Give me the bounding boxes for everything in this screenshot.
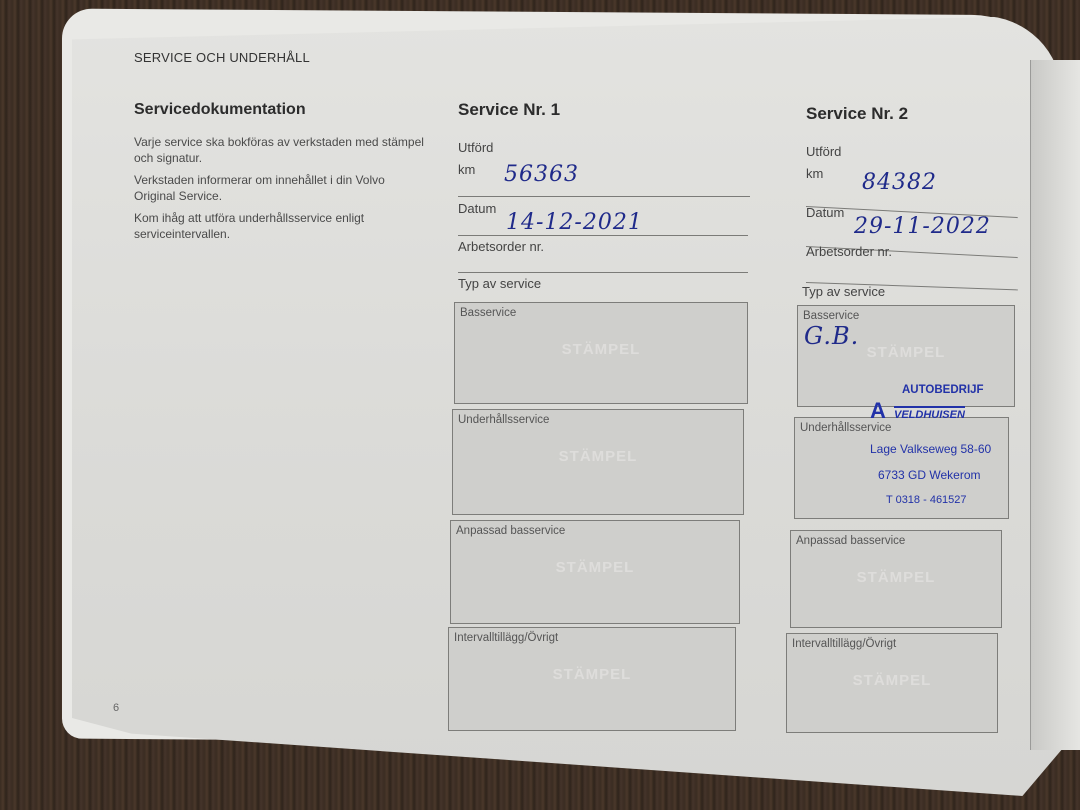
stamp-name: VELDHUISEN: [894, 406, 965, 421]
performed-label: Utförd: [458, 140, 493, 155]
service-2: Service Nr. 2 Utförd km 84382 Datum 29-1…: [806, 104, 1018, 124]
box-label: Anpassad basservice: [796, 535, 905, 547]
stamp-line1: AUTOBEDRIJF: [902, 384, 984, 396]
km-value[interactable]: 84382: [862, 170, 937, 195]
date-value[interactable]: 29-11-2022: [854, 214, 991, 239]
intro-paragraph: Kom ihåg att utföra underhållsservice en…: [134, 210, 424, 242]
box-label: Intervalltillägg/Övrigt: [454, 632, 558, 644]
stamp-watermark: STÄMPEL: [453, 448, 743, 465]
date-label: Datum: [458, 201, 496, 216]
service-title: Service Nr. 2: [806, 104, 1018, 124]
stamp-watermark: STÄMPEL: [455, 341, 747, 358]
box-label: Basservice: [460, 307, 516, 319]
intro-paragraph: Varje service ska bokföras av verkstaden…: [134, 134, 424, 166]
service-title: Service Nr. 1: [458, 100, 750, 120]
stamp-watermark: STÄMPEL: [798, 344, 1014, 361]
dealer-stamp: AUTOBEDRIJF A VELDHUISEN Lage Valkseweg …: [868, 384, 1018, 514]
km-value[interactable]: 56363: [504, 162, 579, 187]
km-label: km: [458, 162, 475, 177]
box-label: Underhållsservice: [458, 414, 549, 426]
stamp-phone: T 0318 - 461527: [886, 494, 967, 506]
service-1: Service Nr. 1 Utförd km 56363 Datum 14-1…: [458, 100, 750, 120]
intro-paragraph: Verkstaden informerar om innehållet i di…: [134, 172, 424, 204]
date-value[interactable]: 14-12-2021: [506, 210, 643, 235]
section-header: SERVICE OCH UNDERHÅLL: [134, 50, 310, 65]
work-order-label: Arbetsorder nr.: [806, 244, 892, 259]
service-type-label: Typ av service: [802, 284, 885, 299]
basservice-box-1[interactable]: Basservice STÄMPEL: [454, 302, 748, 404]
performed-label: Utförd: [806, 144, 841, 159]
intervalltillagg-box-1[interactable]: Intervalltillägg/Övrigt STÄMPEL: [448, 627, 736, 731]
doc-title: Servicedokumentation: [134, 101, 306, 119]
underhallsservice-box-1[interactable]: Underhållsservice STÄMPEL: [452, 409, 744, 515]
date-label: Datum: [806, 205, 844, 220]
km-label: km: [806, 166, 823, 181]
box-label: Anpassad basservice: [456, 525, 565, 537]
stamp-watermark: STÄMPEL: [787, 672, 997, 689]
service-type-label: Typ av service: [458, 276, 541, 291]
stamp-watermark: STÄMPEL: [791, 569, 1001, 586]
anpassad-basservice-box-1[interactable]: Anpassad basservice STÄMPEL: [450, 520, 740, 624]
stamp-watermark: STÄMPEL: [451, 559, 739, 576]
anpassad-basservice-box-2[interactable]: Anpassad basservice STÄMPEL: [790, 530, 1002, 628]
box-label: Intervalltillägg/Övrigt: [792, 638, 896, 650]
stamp-address: Lage Valkseweg 58-60: [870, 442, 991, 456]
intervalltillagg-box-2[interactable]: Intervalltillägg/Övrigt STÄMPEL: [786, 633, 998, 733]
work-order-label: Arbetsorder nr.: [458, 239, 544, 254]
intro-text: Varje service ska bokföras av verkstaden…: [134, 134, 424, 248]
page-number: 6: [113, 702, 119, 714]
next-page-edge: [1030, 60, 1080, 750]
stamp-watermark: STÄMPEL: [449, 666, 735, 683]
stamp-city: 6733 GD Wekerom: [878, 468, 981, 482]
dealer-logo-icon: A: [870, 398, 886, 424]
box-label: Basservice: [803, 310, 859, 322]
